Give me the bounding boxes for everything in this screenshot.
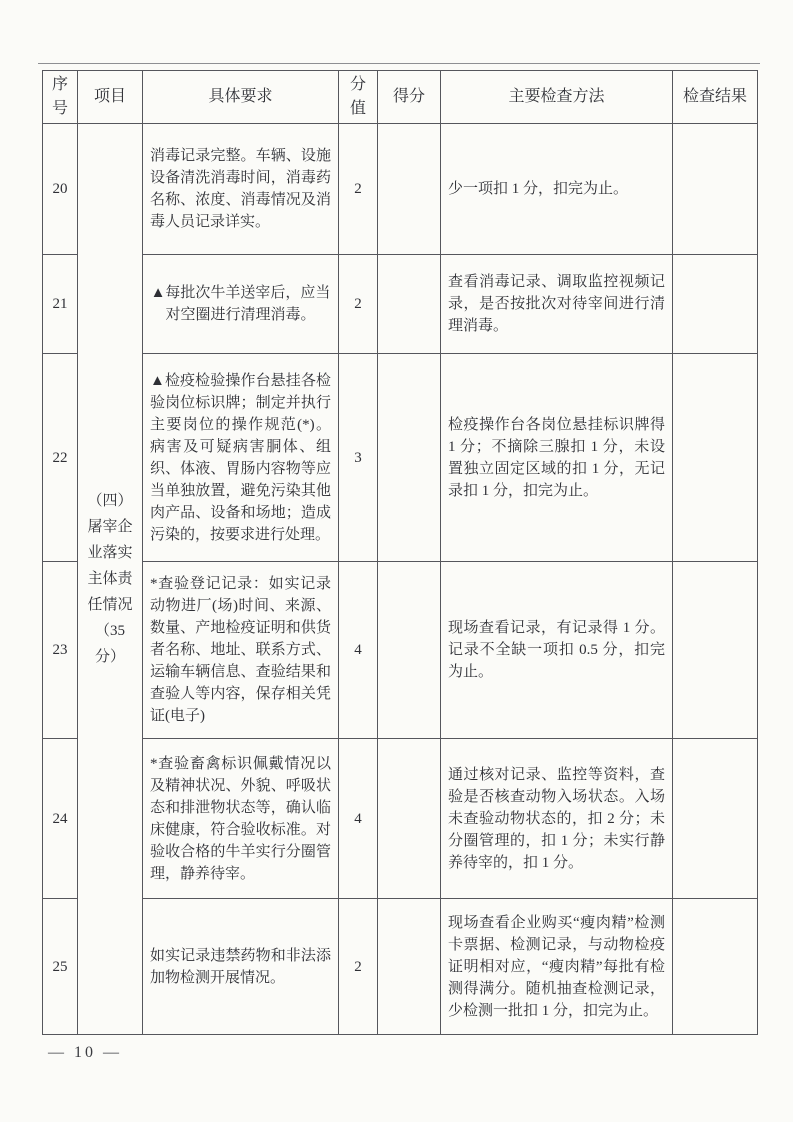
- project-group-cell: （四） 屠宰企 业落实 主体责 任情况 （35 分）: [78, 124, 143, 1035]
- score-obtained-cell: [378, 354, 441, 562]
- score-obtained-cell: [378, 899, 441, 1035]
- score-value-cell: 2: [339, 255, 378, 354]
- score-value-cell: 2: [339, 899, 378, 1035]
- inspection-method-cell: 少一项扣 1 分，扣完为止。: [441, 124, 673, 255]
- header-score-value: 分 值: [339, 71, 378, 124]
- inspection-result-cell: [673, 354, 758, 562]
- scanned-document-page: 序 号 项目 具体要求 分 值 得分 主要检查方法 检查结果 20 （四） 屠宰…: [0, 0, 793, 1122]
- inspection-result-cell: [673, 124, 758, 255]
- inspection-method-cell: 检疫操作台各岗位悬挂标识牌得 1 分；不摘除三腺扣 1 分，未设置独立固定区域的…: [441, 354, 673, 562]
- requirement-cell: 如实记录违禁药物和非法添加物检测开展情况。: [143, 899, 339, 1035]
- serial-number-cell: 24: [43, 739, 78, 899]
- inspection-score-table: 序 号 项目 具体要求 分 值 得分 主要检查方法 检查结果 20 （四） 屠宰…: [42, 70, 758, 1035]
- requirement-cell: 消毒记录完整。车辆、设施设备清洗消毒时间，消毒药名称、浓度、消毒情况及消毒人员记…: [143, 124, 339, 255]
- inspection-result-cell: [673, 899, 758, 1035]
- requirement-cell: *查验登记记录：如实记录动物进厂(场)时间、来源、数量、产地检疫证明和供货者名称…: [143, 562, 339, 739]
- header-serial-number: 序 号: [43, 71, 78, 124]
- score-obtained-cell: [378, 255, 441, 354]
- table-row: 23 *查验登记记录：如实记录动物进厂(场)时间、来源、数量、产地检疫证明和供货…: [43, 562, 758, 739]
- header-inspection-method: 主要检查方法: [441, 71, 673, 124]
- inspection-method-cell: 查看消毒记录、调取监控视频记录，是否按批次对待宰间进行清理消毒。: [441, 255, 673, 354]
- serial-number-cell: 25: [43, 899, 78, 1035]
- inspection-method-cell: 现场查看企业购买“瘦肉精”检测卡票据、检测记录，与动物检疫证明相对应，“瘦肉精”…: [441, 899, 673, 1035]
- header-requirement: 具体要求: [143, 71, 339, 124]
- table-row: 24 *查验畜禽标识佩戴情况以及精神状况、外貌、呼吸状态和排泄物状态等，确认临床…: [43, 739, 758, 899]
- table-row: 22 ▲检疫检验操作台悬挂各检验岗位标识牌；制定并执行主要岗位的操作规范(*)。…: [43, 354, 758, 562]
- header-inspection-result: 检查结果: [673, 71, 758, 124]
- serial-number-cell: 23: [43, 562, 78, 739]
- inspection-result-cell: [673, 255, 758, 354]
- inspection-method-cell: 现场查看记录，有记录得 1 分。记录不全缺一项扣 0.5 分，扣完为止。: [441, 562, 673, 739]
- serial-number-cell: 21: [43, 255, 78, 354]
- requirement-cell: ▲检疫检验操作台悬挂各检验岗位标识牌；制定并执行主要岗位的操作规范(*)。病害及…: [143, 354, 339, 562]
- scan-artifact-line: [38, 63, 760, 64]
- inspection-result-cell: [673, 562, 758, 739]
- score-obtained-cell: [378, 562, 441, 739]
- score-obtained-cell: [378, 739, 441, 899]
- requirement-cell: *查验畜禽标识佩戴情况以及精神状况、外貌、呼吸状态和排泄物状态等，确认临床健康，…: [143, 739, 339, 899]
- score-obtained-cell: [378, 124, 441, 255]
- table-row: 25 如实记录违禁药物和非法添加物检测开展情况。 2 现场查看企业购买“瘦肉精”…: [43, 899, 758, 1035]
- score-value-cell: 4: [339, 739, 378, 899]
- score-value-cell: 4: [339, 562, 378, 739]
- page-number: — 10 —: [48, 1044, 122, 1062]
- requirement-cell: ▲每批次牛羊送宰后，应当对空圈进行清理消毒。: [143, 255, 339, 354]
- score-value-cell: 3: [339, 354, 378, 562]
- table-header-row: 序 号 项目 具体要求 分 值 得分 主要检查方法 检查结果: [43, 71, 758, 124]
- table-row: 20 （四） 屠宰企 业落实 主体责 任情况 （35 分） 消毒记录完整。车辆、…: [43, 124, 758, 255]
- inspection-result-cell: [673, 739, 758, 899]
- score-value-cell: 2: [339, 124, 378, 255]
- header-project: 项目: [78, 71, 143, 124]
- serial-number-cell: 22: [43, 354, 78, 562]
- serial-number-cell: 20: [43, 124, 78, 255]
- header-score-obtained: 得分: [378, 71, 441, 124]
- table-row: 21 ▲每批次牛羊送宰后，应当对空圈进行清理消毒。 2 查看消毒记录、调取监控视…: [43, 255, 758, 354]
- inspection-method-cell: 通过核对记录、监控等资料，查验是否核查动物入场状态。入场未查验动物状态的，扣 2…: [441, 739, 673, 899]
